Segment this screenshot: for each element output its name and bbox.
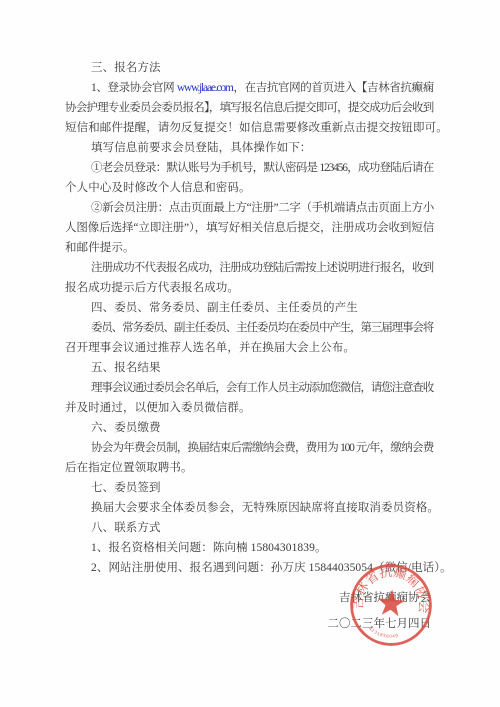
doc-line: 协会为年费会员制，换届结束后需缴纳会费，费用为 100 元/年，缴纳会费 <box>65 438 433 458</box>
doc-line: 换届大会要求全体委员参会，无特殊原因缺席将直接取消委员资格。 <box>65 498 433 518</box>
doc-line: 1、登录协会官网 www.jlaae.com，在吉抗官网的首页进入【吉林省抗癫痫 <box>65 78 433 98</box>
seal-serial-number: 4231856049 <box>367 626 399 640</box>
star-icon <box>377 589 406 617</box>
svg-text:4231856049: 4231856049 <box>367 626 399 640</box>
doc-line-text: ，在吉抗官网的首页进入【吉林省抗癫痫 <box>233 82 433 94</box>
doc-line: ①老会员登录：默认账号为手机号，默认密码是 123456，成功登陆后请在 <box>65 158 433 178</box>
doc-line: 个人中心及时修改个人信息和密码。 <box>65 178 433 198</box>
doc-line: 注册成功不代表报名成功，注册成功登陆后需按上述说明进行报名，收到 <box>65 258 433 278</box>
section-heading: 四、委员、常务委员、副主任委员、主任委员的产生 <box>65 298 433 318</box>
doc-line-text: 1、登录协会官网 <box>91 82 177 94</box>
section-heading: 五、报名结果 <box>65 358 433 378</box>
doc-line: 协会护理专业委员会委员报名】，填写报名信息后提交即可，提交成功后会收到 <box>65 98 433 118</box>
association-website-link[interactable]: www.jlaae.com <box>177 82 233 94</box>
official-seal-stamp: 吉林省抗癫痫协会 4231856049 <box>343 557 438 652</box>
doc-line: 短信和邮件提醒，请勿反复提交！如信息需要修改重新点击提交按钮即可。 <box>65 118 433 138</box>
contact-line: 1、报名资格相关问题：陈向楠 15804301839。 <box>65 538 433 558</box>
doc-line: 理事会议通过委员会名单后，会有工作人员主动添加您微信，请您注意查收 <box>65 378 433 398</box>
document-body: 三、报名方法 1、登录协会官网 www.jlaae.com，在吉抗官网的首页进入… <box>65 58 433 578</box>
doc-line: 并及时通过，以便加入委员微信群。 <box>65 398 433 418</box>
doc-line: 报名成功提示后方代表报名成功。 <box>65 278 433 298</box>
section-heading: 三、报名方法 <box>65 58 433 78</box>
doc-line: 和邮件提示。 <box>65 238 433 258</box>
section-heading: 六、委员缴费 <box>65 418 433 438</box>
doc-line: ②新会员注册：点击页面最上方“注册”二字（手机端请点击页面上方小 <box>65 198 433 218</box>
doc-line: 召开理事会议通过推荐人选名单，并在换届大会上公布。 <box>65 338 433 358</box>
doc-line: 人图像后选择“立即注册”），填写好相关信息后提交，注册成功会收到短信 <box>65 218 433 238</box>
section-heading: 七、委员签到 <box>65 478 433 498</box>
doc-line: 填写信息前要求会员登陆，具体操作如下： <box>65 138 433 158</box>
doc-line: 后在指定位置领取聘书。 <box>65 458 433 478</box>
section-heading: 八、联系方式 <box>65 518 433 538</box>
document-page: 三、报名方法 1、登录协会官网 www.jlaae.com，在吉抗官网的首页进入… <box>0 0 500 707</box>
doc-line: 委员、常务委员、副主任委员、主任委员均在委员中产生，第三届理事会将 <box>65 318 433 338</box>
